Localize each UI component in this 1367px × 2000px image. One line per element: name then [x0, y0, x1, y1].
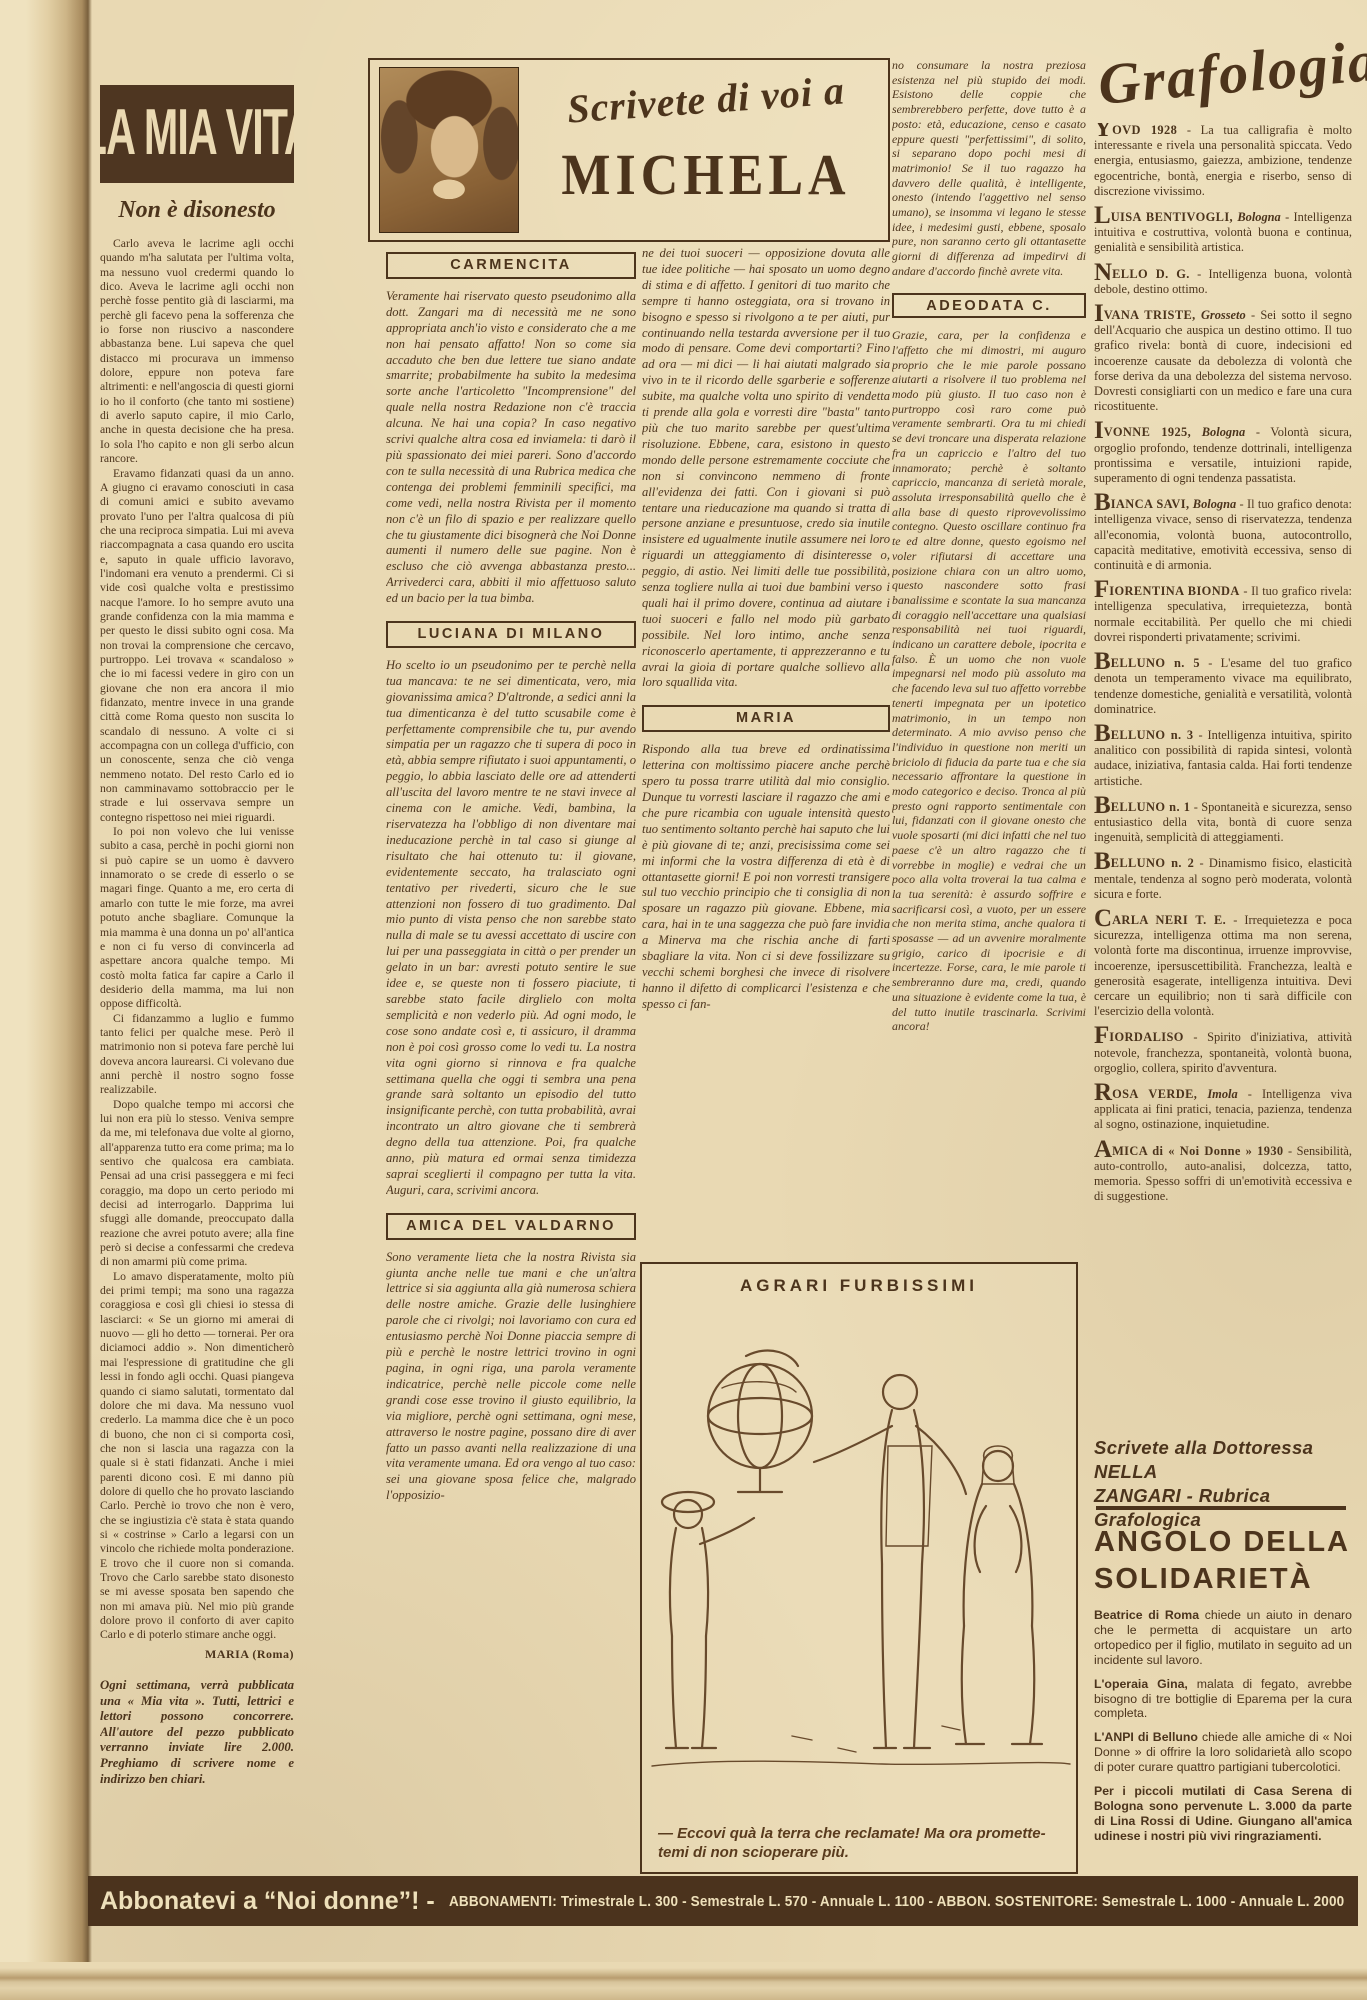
editorial-note: Ogni settimana, verrà pubblicata una « M…	[100, 1678, 294, 1787]
reply-text: Rispondo alla tua breve ed ordinatissima…	[642, 742, 890, 1012]
column-replies-1: CARMENCITA Veramente hai riservato quest…	[386, 252, 636, 1872]
column-replies-3: no consumare la nostra preziosa esistenz…	[892, 58, 1086, 1258]
subscription-bar: Abbonatevi a “Noi donne”! - ABBONAMENTI:…	[88, 1876, 1358, 1926]
paragraph: Lo amavo disperatamente, molto più dei p…	[100, 1270, 294, 1641]
grafologia-entry: BELLUNO n. 1 - Spontaneità e sicurezza, …	[1094, 800, 1352, 846]
michela-name-title: MICHELA	[532, 142, 880, 208]
la-mia-vita-title: LA MIA VITA	[100, 96, 294, 170]
column-la-mia-vita: LA MIA VITA Non è disonesto Carlo aveva …	[100, 85, 294, 1935]
grafologia-entry: AMICA di « Noi Donne » 1930 - Sensibilit…	[1094, 1144, 1352, 1205]
grafologia-entry: LUISA BENTIVOGLI, Bologna - Intelligenza…	[1094, 210, 1352, 256]
grafologia-entry: ROSA VERDE, Imola - Intelligenza viva ap…	[1094, 1087, 1352, 1133]
grafologia-entry: FIORENTINA BIONDA - Il tuo grafico rivel…	[1094, 584, 1352, 645]
reply-text: Veramente hai riservato questo pseudonim…	[386, 289, 636, 607]
michela-portrait-photo	[379, 67, 519, 233]
paragraph: Ci fidanzammo a luglio e fummo tanto fel…	[100, 1012, 294, 1098]
grafologia-entry: BELLUNO n. 5 - L'esame del tuo grafico d…	[1094, 656, 1352, 717]
michela-script-title: Scrivete di voi a	[531, 64, 881, 135]
paragraph: Dopo qualche tempo mi accorsi che lui no…	[100, 1098, 294, 1270]
grafologia-entries: YOVD 1928 - La tua calligrafia è molto i…	[1094, 123, 1352, 1215]
reply-text: Grazie, cara, per la confidenza e l'affe…	[892, 328, 1086, 1034]
grafologia-entry: IVONNE 1925, Bologna - Volontà sicura, o…	[1094, 425, 1352, 486]
page-left-edge	[0, 0, 92, 2000]
paragraph: Carlo aveva le lacrime agli occhi quando…	[100, 237, 294, 467]
section-divider	[1096, 1506, 1346, 1510]
grafologia-entry: BELLUNO n. 3 - Intelligenza intuitiva, s…	[1094, 728, 1352, 789]
reply-text: Sono veramente lieta che la nostra Rivis…	[386, 1250, 636, 1505]
grafologia-title: Grafologia	[1096, 29, 1355, 118]
cartoon-title: AGRARI FURBISSIMI	[642, 1276, 1076, 1296]
solidarity-item: L'operaia Gina, malata di fegato, avrebb…	[1094, 1677, 1352, 1722]
section-heading-adeodata: ADEODATA C.	[892, 293, 1086, 319]
paragraph: Io poi non volevo che lui venisse subito…	[100, 825, 294, 1011]
cartoon-caption: — Eccovi quà la terra che reclamate! Ma …	[658, 1824, 1062, 1862]
michela-header-box: Scrivete di voi a MICHELA	[368, 58, 890, 242]
magazine-page: LA MIA VITA Non è disonesto Carlo aveva …	[0, 0, 1367, 2000]
reply-text: Ho scelto io un pseudonimo per te perchè…	[386, 658, 636, 1199]
section-heading-amica-valdarno: AMICA DEL VALDARNO	[386, 1213, 636, 1240]
grafologia-entry: NELLO D. G. - Intelligenza buona, volont…	[1094, 267, 1352, 297]
page-bottom-edge	[0, 1962, 1367, 2000]
solidarity-items: Beatrice di Roma chiede un aiuto in dena…	[1094, 1608, 1352, 1870]
solidarity-item: Beatrice di Roma chiede un aiuto in dena…	[1094, 1608, 1352, 1668]
grafologia-entry: BELLUNO n. 2 - Dinamismo fisico, elastic…	[1094, 856, 1352, 902]
solidarity-title: ANGOLO DELLA SOLIDARIETÀ	[1094, 1524, 1352, 1598]
grafologia-entry: FIORDALISO - Spirito d'iniziativa, attiv…	[1094, 1030, 1352, 1076]
la-mia-vita-subtitle: Non è disonesto	[100, 197, 294, 224]
section-heading-maria: MARIA	[642, 705, 890, 732]
subscription-prices: ABBONAMENTI: Trimestrale L. 300 - Semest…	[449, 1893, 1344, 1910]
cartoon-box: AGRARI FURBISSIMI	[640, 1262, 1078, 1874]
reply-continuation: ne dei tuoi suoceri — opposizione dovuta…	[642, 246, 890, 691]
grafologia-entry: IVANA TRISTE, Grosseto - Sei sotto il se…	[1094, 308, 1352, 414]
grafologia-signature: Scrivete alla Dottoressa NELLA ZANGARI -…	[1094, 1436, 1352, 1532]
solidarity-item: L'ANPI di Belluno chiede alle amiche di …	[1094, 1730, 1352, 1775]
section-heading-luciana: LUCIANA DI MILANO	[386, 621, 636, 648]
section-heading-carmencita: CARMENCITA	[386, 252, 636, 279]
la-mia-vita-title-box: LA MIA VITA	[100, 85, 294, 181]
grafologia-entry: CARLA NERI T. E. - Irrequietezza e poca …	[1094, 913, 1352, 1019]
grafologia-column: Grafologia YOVD 1928 - La tua calligrafi…	[1094, 40, 1352, 1215]
grafologia-entry: BIANCA SAVI, Bologna - Il tuo grafico de…	[1094, 497, 1352, 573]
grafologia-entry: YOVD 1928 - La tua calligrafia è molto i…	[1094, 123, 1352, 199]
solidarity-item: Per i piccoli mutilati di Casa Serena di…	[1094, 1784, 1352, 1844]
column-replies-2: ne dei tuoi suoceri — opposizione dovuta…	[642, 246, 890, 1256]
la-mia-vita-body: Carlo aveva le lacrime agli occhi quando…	[100, 237, 294, 1641]
paragraph: Eravamo fidanzati quasi da un anno. A gi…	[100, 467, 294, 826]
cartoon-illustration	[642, 1296, 1076, 1796]
story-signature: MARIA (Roma)	[100, 1647, 294, 1662]
reply-continuation: no consumare la nostra preziosa esistenz…	[892, 58, 1086, 279]
subscription-call: Abbonatevi a “Noi donne”! -	[100, 1887, 435, 1916]
